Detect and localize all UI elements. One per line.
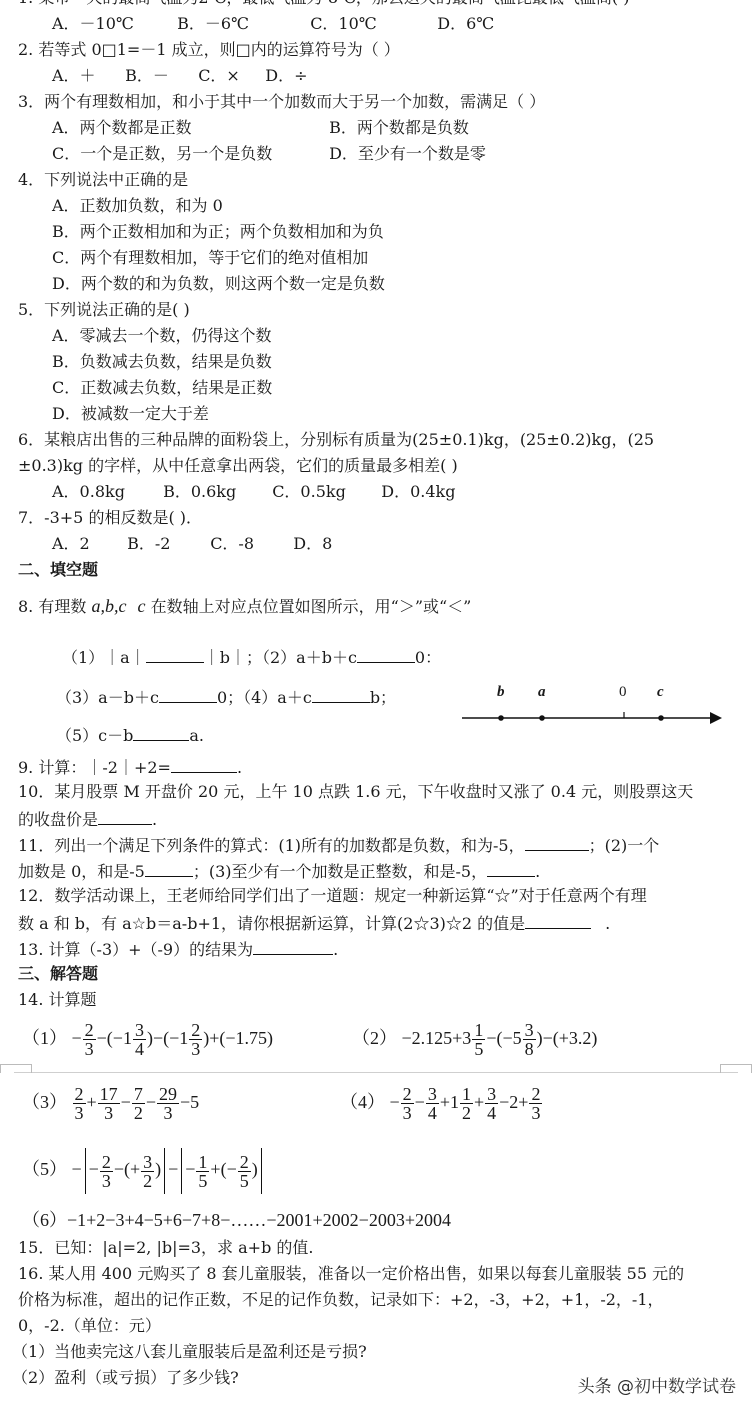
q12-line1: 12．数学活动课上，王老师给同学们出了一道题：规定一种新运算“☆”对于任意两个有… (18, 886, 647, 906)
section-fill-in-title: 二、填空题 (18, 560, 98, 580)
page-break-divider (14, 1072, 738, 1073)
number-line-label-zero: 0 (619, 684, 627, 701)
q6-stem-line1: 6．某粮店出售的三种品牌的面粉袋上，分别标有质量为(25±0.1)kg，(25±… (18, 430, 654, 450)
q8-parts-1-2: （1）｜a｜｜b｜；（2）a＋b＋c0： (62, 646, 441, 668)
q8-part1-text: （1）｜a｜ (62, 648, 146, 667)
q14-part2: （2） −2.125+315−(−538)−(+3.2) (352, 1020, 597, 1058)
q8-part5-end: a. (189, 726, 204, 745)
q10-blank[interactable] (98, 808, 152, 825)
q5-option-b: B．负数减去负数，结果是负数 (52, 352, 272, 372)
q9-end: . (237, 758, 242, 777)
q6-option-c: C．0.5kg (272, 482, 376, 502)
q2-option-b: B．－ (125, 66, 193, 86)
q5-option-c: C．正数减去负数，结果是正数 (52, 378, 272, 398)
number-line-label-b: b (497, 684, 505, 701)
q8-vars: a,b,c (91, 596, 126, 616)
q13-end: . (333, 940, 338, 959)
q14-p2-label: （2） (352, 1028, 397, 1048)
q2-stem: 2. 若等式 0□1=－1 成立，则□内的运算符号为（ ） (18, 40, 400, 60)
q11-blank-2[interactable] (145, 860, 193, 877)
q4-stem: 4．下列说法中正确的是 (18, 170, 188, 190)
q11-text-2: ；(2)一个 (589, 836, 660, 855)
q8-part2-text: ｜b｜；（2）a＋b＋c (204, 648, 357, 667)
q12-line2: 数 a 和 b，有 a☆b＝a-b+1，请你根据新运算，计算(2☆3)☆2 的值… (18, 912, 610, 934)
q4-option-d: D．两个数的和为负数，则这两个数一定是负数 (52, 274, 385, 294)
q5-option-d: D．被减数一定大于差 (52, 404, 209, 424)
q10-end: . (152, 810, 157, 829)
q3-options-row2: C．一个是正数，另一个是负数 D．至少有一个数是零 (52, 144, 486, 164)
q16-sub1: （1）当他卖完这八套儿童服装后是盈利还是亏损? (12, 1342, 367, 1362)
q8-part4-text: 0；（4）a＋c (217, 688, 312, 707)
q16-line2: 价格为标准，超出的记作正数，不足的记作负数，记录如下：+2，-3，+2，+1，-… (18, 1290, 664, 1310)
q10-text: 的收盘价是 (18, 810, 98, 829)
q10-line2: 的收盘价是. (18, 808, 157, 830)
q2-options: A．＋ B．－ C．× D．÷ (52, 66, 308, 86)
q7-option-d: D．8 (293, 534, 332, 554)
q14-part1: （1） −23−(−134)−(−123)+(−1.75) (22, 1020, 273, 1058)
q11-line1: 11．列出一个满足下列条件的算式：(1)所有的加数都是负数，和为-5，；(2)一… (18, 834, 659, 856)
q6-option-d: D．0.4kg (381, 482, 455, 502)
q8-stem: 8. 有理数 a,b,c c 在数轴上对应点位置如图所示，用“＞”或“＜” (18, 596, 471, 617)
number-line-label-a: a (538, 684, 546, 701)
q8-blank-2[interactable] (357, 646, 415, 663)
q7-option-c: C．-8 (210, 534, 288, 554)
q12-text: 数 a 和 b，有 a☆b＝a-b+1，请你根据新运算，计算(2☆3)☆2 的值… (18, 914, 525, 933)
q6-options: A．0.8kg B．0.6kg C．0.5kg D．0.4kg (52, 482, 456, 502)
page-marker-right (720, 1064, 752, 1073)
q8-blank-1[interactable] (146, 646, 204, 663)
number-line-figure: b a 0 c (458, 690, 726, 740)
q7-options: A．2 B．-2 C．-8 D．8 (52, 534, 332, 554)
q3-options-row1: A．两个数都是正数 B．两个数都是负数 (52, 118, 469, 138)
q8-stem-suffix: 在数轴上对应点位置如图所示，用“＞”或“＜” (151, 597, 472, 616)
q14-p4-label: （4） (340, 1092, 385, 1112)
q4-option-c: C．两个有理数相加，等于它们的绝对值相加 (52, 248, 368, 268)
q3-option-c: C．一个是正数，另一个是负数 (52, 144, 324, 164)
q12-blank[interactable] (525, 912, 591, 929)
number-line-label-c: c (657, 684, 664, 701)
q12-end: . (605, 914, 610, 933)
section-solve-title: 三、解答题 (18, 964, 98, 984)
q7-option-a: A．2 (52, 534, 122, 554)
watermark: 头条 @初中数学试卷 (578, 1372, 736, 1397)
q3-option-d: D．至少有一个数是零 (329, 144, 486, 164)
q6-option-a: A．0.8kg (52, 482, 158, 502)
q11-text-4: ；(3)至少有一个加数是正整数，和是-5， (193, 862, 487, 881)
q14-part3: （3） 23+173−72−293−5 (22, 1084, 199, 1122)
q1-stem: 1. 某市一天的最高气温为2℃，最低气温为-8℃，那么这天的最高气温比最低气温高… (18, 0, 630, 8)
q16-line1: 16. 某人用 400 元购买了 8 套儿童服装，准备以一定价格出售，如果以每套… (18, 1264, 684, 1284)
q5-stem: 5．下列说法正确的是( ) (18, 300, 190, 320)
q9-text: 9. 计算：｜-2｜+2= (18, 758, 171, 777)
q14-part6: （6）−1+2−3+4−5+6−7+8−……−2001+2002−2003+20… (22, 1210, 451, 1230)
q8-part2-end: 0： (415, 648, 441, 667)
q11-line2: 加数是 0，和是-5；(3)至少有一个加数是正整数，和是-5，. (18, 860, 540, 882)
q14-part5: （5） −−23−(+32)−−15+(−25) (22, 1148, 265, 1194)
q3-stem: 3．两个有理数相加，和小于其中一个加数而大于另一个加数，需满足（ ） (18, 92, 545, 112)
q16-line3: 0，-2.（单位：元） (18, 1316, 161, 1336)
q1-option-c: C．10℃ (310, 14, 432, 34)
q13: 13. 计算（-3）+（-9）的结果为. (18, 938, 338, 960)
q11-text-1: 11．列出一个满足下列条件的算式：(1)所有的加数都是负数，和为-5， (18, 836, 525, 855)
q8-stem-prefix: 8. 有理数 (18, 597, 86, 616)
q11-text-3: 加数是 0，和是-5 (18, 862, 145, 881)
q14-p5-label: （5） (22, 1159, 67, 1179)
q2-option-d: D．÷ (265, 66, 307, 86)
q9: 9. 计算：｜-2｜+2=. (18, 756, 242, 778)
q16-sub2: （2）盈利（或亏损）了多少钱? (12, 1368, 239, 1388)
q15: 15．已知：|a|=2, |b|=3，求 a+b 的值. (18, 1238, 314, 1258)
q14-p6-expression: −1+2−3+4−5+6−7+8−……−2001+2002−2003+2004 (67, 1210, 451, 1230)
q11-end: . (535, 862, 540, 881)
page-marker-left (0, 1064, 32, 1073)
q7-option-b: B．-2 (127, 534, 205, 554)
q9-blank[interactable] (171, 756, 237, 773)
q14-title: 14. 计算题 (18, 990, 97, 1010)
q1-option-b: B．－6℃ (177, 14, 305, 34)
q1-options: A．－10℃ B．－6℃ C．10℃ D．6℃ (52, 14, 494, 34)
q14-p1-label: （1） (22, 1028, 67, 1048)
q8-blank-4[interactable] (312, 686, 370, 703)
q14-part4: （4） −23−34+112+34−2+23 (340, 1084, 543, 1122)
q2-option-c: C．× (198, 66, 260, 86)
exam-page: 1. 某市一天的最高气温为2℃，最低气温为-8℃，那么这天的最高气温比最低气温高… (0, 0, 752, 1411)
q14-p6-label: （6） (22, 1210, 67, 1230)
q8-parts-3-4: （3）a－b＋c0；（4）a＋cb； (56, 686, 396, 708)
q8-part4-end: b； (370, 688, 396, 707)
q10-line1: 10．某月股票 M 开盘价 20 元，上午 10 点跌 1.6 元，下午收盘时又… (18, 782, 693, 802)
q4-option-b: B．两个正数相加和为正；两个负数相加和为负 (52, 222, 384, 242)
q8-part-5: （5）c－ba. (56, 724, 204, 746)
q8-part3-text: （3）a－b＋c (56, 688, 159, 707)
q5-option-a: A．零减去一个数，仍得这个数 (52, 326, 272, 346)
q2-option-a: A．＋ (52, 66, 120, 86)
q8-part5-text: （5）c－b (56, 726, 133, 745)
q11-blank-1[interactable] (525, 834, 589, 851)
q1-option-a: A．－10℃ (52, 14, 172, 34)
q6-option-b: B．0.6kg (163, 482, 267, 502)
q8-blank-5[interactable] (133, 724, 189, 741)
q3-option-a: A．两个数都是正数 (52, 118, 324, 138)
q8-var-c: c (138, 596, 146, 616)
q6-stem-line2: ±0.3)kg 的字样，从中任意拿出两袋，它们的质量最多相差( ) (18, 456, 458, 476)
q13-blank[interactable] (253, 938, 333, 955)
q7-stem: 7．-3+5 的相反数是( )． (18, 508, 202, 528)
q8-blank-3[interactable] (159, 686, 217, 703)
q11-blank-3[interactable] (487, 860, 535, 877)
q1-option-d: D．6℃ (437, 14, 494, 34)
q3-option-b: B．两个数都是负数 (329, 118, 469, 138)
q13-text: 13. 计算（-3）+（-9）的结果为 (18, 940, 253, 959)
q4-option-a: A．正数加负数，和为 0 (52, 196, 223, 216)
q14-p3-label: （3） (22, 1092, 67, 1112)
